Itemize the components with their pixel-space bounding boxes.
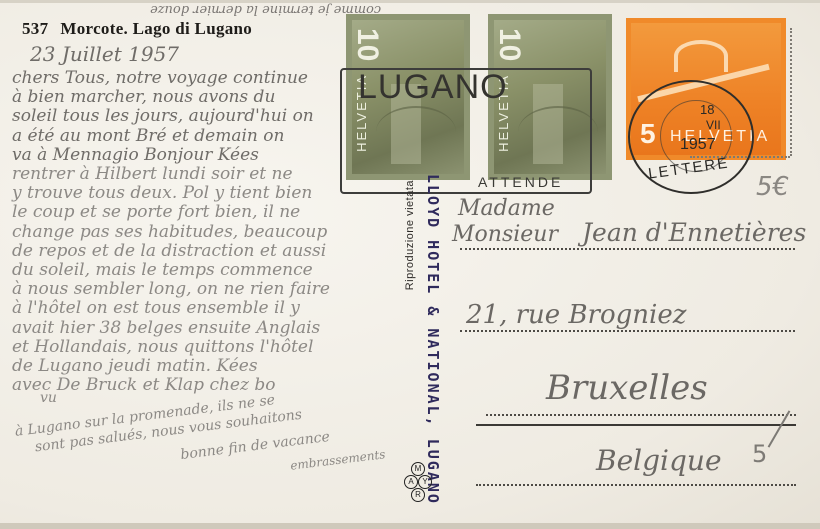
publisher-logo: M A Y R bbox=[404, 462, 430, 514]
slogan-cancel-text: ATTENDE bbox=[478, 174, 563, 190]
address-salutation-madame: Madame bbox=[458, 196, 555, 221]
hotel-stamp: LLOYD HOTEL & NATIONAL, LUGANO bbox=[424, 174, 442, 505]
address-rule bbox=[460, 330, 795, 332]
address-salutation-monsieur: Monsieur bbox=[452, 222, 558, 247]
message-line: change pas ses habitudes, beaucoup bbox=[12, 222, 327, 242]
cancel-month: VII bbox=[706, 118, 721, 132]
stamp-arch-shape bbox=[674, 40, 728, 72]
card-edge-bottom bbox=[0, 523, 820, 529]
message-line: vu bbox=[40, 390, 57, 406]
card-edge-top bbox=[0, 0, 820, 3]
message-line: a été au mont Bré et demain on bbox=[12, 126, 284, 146]
reproduction-notice: Riproduzione vietata bbox=[404, 180, 416, 290]
message-line: à nous sembler long, on ne rien faire bbox=[12, 279, 330, 299]
address-city: Bruxelles bbox=[546, 368, 708, 408]
message-line: le coup et se porte fort bien, il ne bbox=[12, 202, 300, 222]
cancel-day: 18 bbox=[700, 102, 714, 117]
printed-caption: 537Morcote. Lago di Lugano bbox=[22, 19, 252, 39]
address-street: 21, rue Brogniez bbox=[466, 300, 686, 330]
address-name: Jean d'Ennetières bbox=[582, 218, 806, 247]
address-rule bbox=[486, 414, 796, 416]
logo-letter: Y bbox=[418, 475, 432, 489]
address-solid-rule bbox=[476, 424, 796, 426]
postcard: comme je termine la dernier douze 537Mor… bbox=[0, 0, 820, 529]
message-line: avait hier 38 belges ensuite Anglais bbox=[12, 318, 320, 338]
message-line: soleil tous les jours, aujourd'hui on bbox=[12, 106, 314, 126]
logo-letter: M bbox=[411, 462, 425, 476]
message-line: du soleil, mais le temps commence bbox=[12, 260, 313, 280]
message-line: à bien marcher, nous avons du bbox=[12, 87, 275, 107]
caption-title: Morcote. Lago di Lugano bbox=[60, 19, 252, 38]
perforation-edge bbox=[790, 28, 792, 156]
slogan-cancel-city: LUGANO bbox=[358, 68, 508, 107]
address-rule bbox=[476, 484, 796, 486]
cancel-year: 1957 bbox=[680, 136, 716, 154]
message-line: de repos et de la distraction et aussi bbox=[12, 241, 326, 261]
message-line: de Lugano jeudi matin. Kées bbox=[12, 356, 258, 376]
address-rule bbox=[460, 248, 795, 250]
message-date: 23 Juillet 1957 bbox=[30, 42, 179, 66]
message-line: y trouve tous deux. Pol y tient bien bbox=[12, 183, 312, 203]
message-line: va à Mennagio Bonjour Kées bbox=[12, 145, 259, 165]
stamp-value: 10 bbox=[492, 28, 526, 61]
message-line: à l'hôtel on est tous ensemble il y bbox=[12, 298, 300, 318]
message-line: rentrer à Hilbert lundi soir et ne bbox=[12, 164, 293, 184]
caption-number: 537 bbox=[22, 19, 48, 38]
message-line: embrassements bbox=[290, 447, 387, 473]
stamp-value: 10 bbox=[350, 28, 384, 61]
message-line: chers Tous, notre voyage continue bbox=[12, 68, 308, 88]
message-line: et Hollandais, nous quittons l'hôtel bbox=[12, 337, 313, 357]
pencil-price-note: 5€ bbox=[756, 172, 789, 202]
address-country: Belgique bbox=[596, 444, 722, 477]
logo-letter: A bbox=[404, 475, 418, 489]
pencil-mark: 5 bbox=[752, 440, 767, 468]
logo-letter: R bbox=[411, 488, 425, 502]
